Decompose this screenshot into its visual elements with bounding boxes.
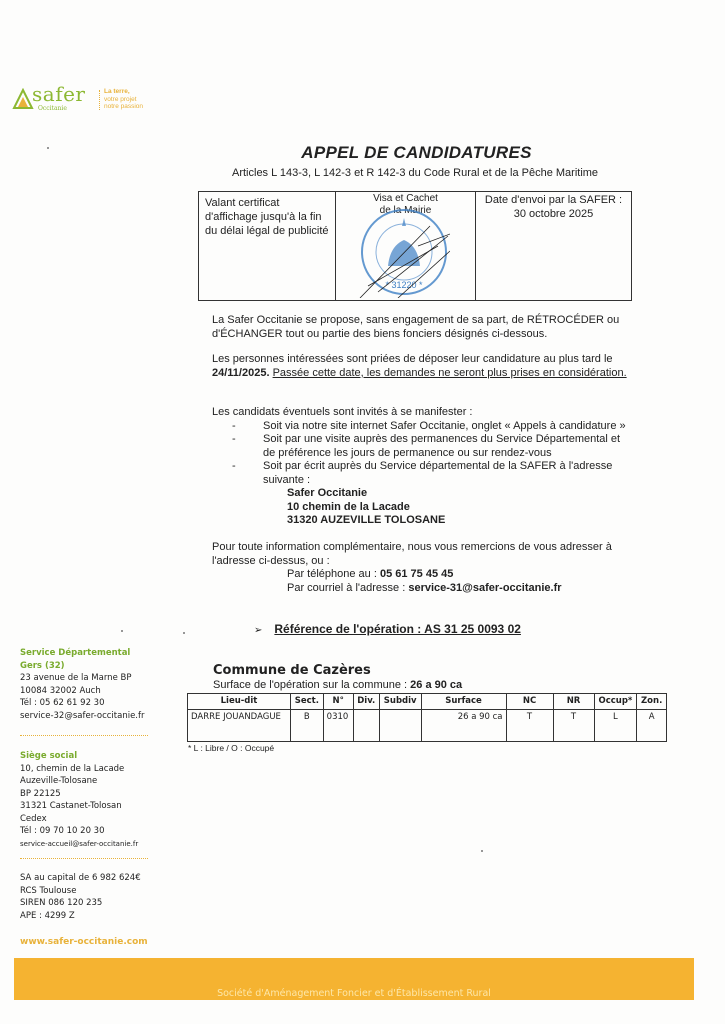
- mairie-visa-cell: Visa et Cachet de la Mairie * 31220 *: [336, 192, 476, 300]
- col-section: Sect.: [291, 694, 324, 710]
- deadline-date: 24/11/2025.: [212, 367, 270, 379]
- arrow-bullet-icon: ➢: [254, 625, 262, 636]
- certificate-box: Valant certificat d'affichage jusqu'à la…: [198, 191, 632, 301]
- options-list: Soit via notre site internet Safer Occit…: [212, 420, 632, 488]
- logo-brand: safer: [32, 82, 86, 106]
- legal-info: SA au capital de 6 982 624€ RCS Toulouse…: [20, 872, 160, 922]
- page-title: APPEL DE CANDIDATURES: [0, 143, 725, 163]
- send-date-cell: Date d'envoi par la SAFER : 30 octobre 2…: [476, 192, 631, 300]
- col-zone: Zon.: [637, 694, 667, 710]
- option-website: Soit via notre site internet Safer Occit…: [212, 420, 632, 434]
- logo-separator: [99, 90, 101, 110]
- siege-email[interactable]: service-accueil@safer-occitanie.fr: [20, 838, 160, 851]
- page-subtitle: Articles L 143-3, L 142-3 et R 142-3 du …: [232, 167, 598, 179]
- operation-reference: ➢Référence de l'opération : AS 31 25 009…: [254, 622, 521, 636]
- postal-address: Safer Occitanie 10 chemin de la Lacade 3…: [212, 487, 632, 528]
- parcels-table: Lieu-dit Sect. N° Div. Subdiv Surface NC…: [187, 693, 667, 742]
- website-link[interactable]: www.safer-occitanie.com: [20, 937, 148, 947]
- sidebar-divider: [20, 858, 148, 859]
- commune-surface: Surface de l'opération sur la commune : …: [213, 679, 462, 691]
- col-lieu-dit: Lieu-dit: [188, 694, 291, 710]
- siege-social: Siège social 10, chemin de la Lacade Auz…: [20, 750, 160, 850]
- col-surface: Surface: [421, 694, 506, 710]
- service-departemental: Service Départemental Gers (32) 23 avenu…: [20, 647, 160, 722]
- logo-region: Occitanie: [38, 105, 67, 112]
- col-subdiv: Subdiv: [379, 694, 421, 710]
- service-email[interactable]: service-32@safer-occitanie.fr: [20, 710, 160, 723]
- col-occup: Occup*: [594, 694, 637, 710]
- intro-paragraph: La Safer Occitanie se propose, sans enga…: [212, 314, 632, 341]
- option-mail: Soit par écrit auprès du Service départe…: [212, 460, 632, 487]
- option-visit: Soit par une visite auprès des permanenc…: [212, 433, 632, 460]
- contact-section: Pour toute information complémentaire, n…: [212, 541, 632, 595]
- col-nr: NR: [553, 694, 594, 710]
- mairie-stamp-icon: * 31220 *: [358, 206, 450, 298]
- table-row: DARRE JOUANDAGUE B 0310 26 a 90 ca T T L…: [188, 710, 667, 742]
- sidebar-divider: [20, 735, 148, 736]
- col-number: N°: [323, 694, 353, 710]
- certificate-validity: Valant certificat d'affichage jusqu'à la…: [199, 192, 336, 300]
- logo-tagline: La terre, votre projet notre passion: [104, 88, 143, 111]
- phone-number: 05 61 75 45 45: [380, 568, 453, 580]
- footer-band: Société d'Aménagement Foncier et d'Établ…: [14, 958, 694, 1000]
- occupation-legend: * L : Libre / O : Occupé: [188, 743, 274, 753]
- commune-name: Commune de Cazères: [213, 663, 371, 678]
- col-nc: NC: [506, 694, 553, 710]
- safer-logo: safer Occitanie La terre, votre projet n…: [12, 86, 162, 116]
- deadline-paragraph: Les personnes intéressées sont priées de…: [212, 353, 632, 380]
- footer-text: Société d'Aménagement Foncier et d'Établ…: [14, 988, 694, 999]
- contact-email[interactable]: service-31@safer-occitanie.fr: [408, 582, 561, 594]
- col-div: Div.: [353, 694, 379, 710]
- safer-logo-mark-icon: [12, 88, 34, 110]
- candidates-section: Les candidats éventuels sont invités à s…: [212, 406, 632, 528]
